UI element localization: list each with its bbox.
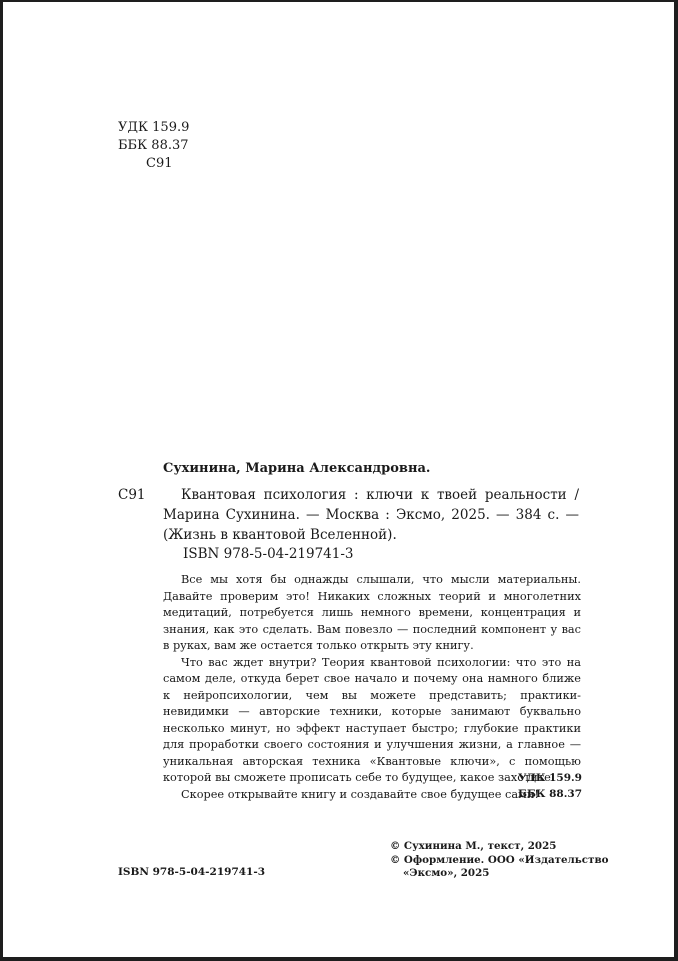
annotation-paragraph: Что вас ждет внутри? Теория квантовой пс…	[163, 655, 581, 787]
author-heading: Сухинина, Марина Александровна.	[163, 461, 430, 476]
bbk-code: ББК 88.37	[518, 786, 582, 802]
footer-isbn: ISBN 978-5-04-219741-3	[118, 866, 265, 878]
copyright-text: © Сухинина М., текст, 2025	[390, 840, 608, 854]
copyright-block: © Сухинина М., текст, 2025 © Оформление.…	[390, 840, 608, 881]
annotation: Все мы хотя бы однажды слышали, что мысл…	[163, 572, 581, 803]
author-sign: С91	[118, 155, 189, 173]
classification-codes-top: УДК 159.9 ББК 88.37 С91	[118, 119, 189, 173]
udk-code: УДК 159.9	[518, 770, 582, 786]
copyright-publisher: «Эксмо», 2025	[390, 867, 608, 881]
annotation-paragraph: Все мы хотя бы однажды слышали, что мысл…	[163, 572, 581, 655]
copyright-design: © Оформление. ООО «Издательство	[390, 854, 608, 868]
bibliographic-description: Квантовая психология : ключи к твоей реа…	[163, 485, 579, 545]
bbk-code: ББК 88.37	[118, 137, 189, 155]
isbn: ISBN 978-5-04-219741-3	[183, 546, 354, 562]
classification-codes-bottom: УДК 159.9 ББК 88.37	[518, 770, 582, 802]
record-sign: С91	[118, 487, 146, 503]
udk-code: УДК 159.9	[118, 119, 189, 137]
document-page: УДК 159.9 ББК 88.37 С91 Сухинина, Марина…	[3, 2, 674, 957]
